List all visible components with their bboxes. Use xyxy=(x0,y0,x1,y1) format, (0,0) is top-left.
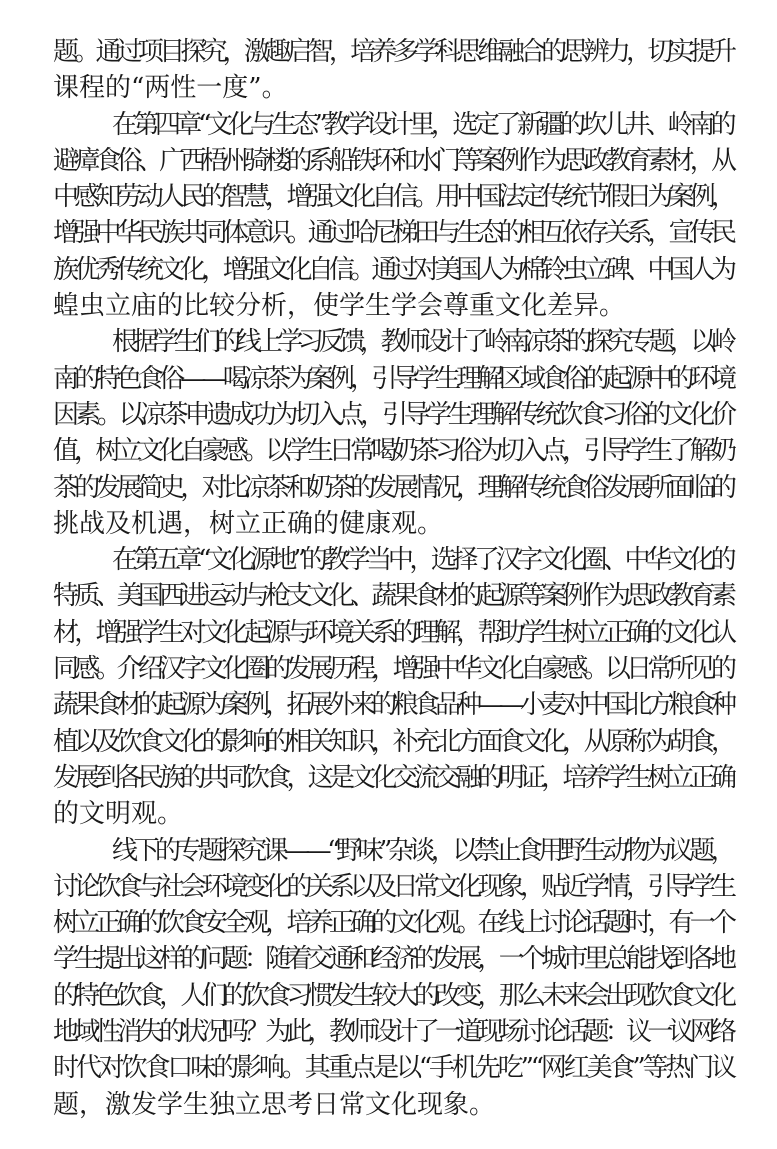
paragraph: 在第五章“文化源地”的教学当中，选择了汉字文化圈、中华文化的 特质、美国西进运动… xyxy=(53,542,739,832)
paragraph: 在第四章“文化与生态”教学设计里，选定了新疆的坎儿井、岭南的 避瘴食俗、广西梧州… xyxy=(53,107,739,325)
text-line: 挑战及机遇，树立正确的健康观。 xyxy=(53,506,739,542)
text-line: 时代对饮食口味的影响。其重点是以“手机先吃”“网红美食”等热门议 xyxy=(53,1050,739,1086)
paragraph: 题。通过项目探究，激趣启智，培养多学科思维融合的思辨力，切实提升 课程的“两性一… xyxy=(53,34,739,107)
text-line: 蔬果食材的起源为案例，拓展外来的粮食品种——小麦对中国北方粮食种 xyxy=(53,687,739,723)
text-line: 学生提出这样的问题：随着交通和经济的发展，一个城市里总能找到各地 xyxy=(53,941,739,977)
text-line: 南的特色食俗——喝凉茶为案例，引导学生理解区域食俗的起源中的环境 xyxy=(53,361,739,397)
text-line: 地域性消失的状况吗？为此，教师设计了一道现场讨论话题：议一议网络 xyxy=(53,1014,739,1050)
text-line: 蝗虫立庙的比较分析，使学生学会尊重文化差异。 xyxy=(53,288,739,324)
text-line: 题，激发学生独立思考日常文化现象。 xyxy=(53,1087,739,1123)
text-line: 同感。介绍汉字文化圈的发展历程，增强中华文化自豪感。以日常所见的 xyxy=(53,651,739,687)
text-line: 发展到各民族的共同饮食，这是文化交流交融的明证，培养学生树立正确 xyxy=(53,760,739,796)
paragraph: 根据学生们的线上学习反馈，教师设计了岭南凉茶的探究专题，以岭 南的特色食俗——喝… xyxy=(53,324,739,542)
text-line: 材，增强学生对文化起源与环境关系的理解，帮助学生树立正确的文化认 xyxy=(53,615,739,651)
text-line: 植以及饮食文化的影响的相关知识，补充北方面食文化，从原称为胡食， xyxy=(53,724,739,760)
text-line: 中感知劳动人民的智慧，增强文化自信。用中国法定传统节假日为案例， xyxy=(53,179,739,215)
text-line: 增强中华民族共同体意识。通过哈尼梯田与生态的相互依存关系，宣传民 xyxy=(53,215,739,251)
text-line: 值，树立文化自豪感。以学生日常喝奶茶习俗为切入点，引导学生了解奶 xyxy=(53,433,739,469)
text-line: 避瘴食俗、广西梧州骑楼的系船铁环和水门等案例作为思政教育素材，从 xyxy=(53,143,739,179)
text-line: 的特色饮食，人们的饮食习惯发生较大的改变，那么未来会出现饮食文化 xyxy=(53,978,739,1014)
text-line: 题。通过项目探究，激趣启智，培养多学科思维融合的思辨力，切实提升 xyxy=(53,34,739,70)
text-line: 茶的发展简史，对比凉茶和奶茶的发展情况，理解传统食俗发展所面临的 xyxy=(53,470,739,506)
text-line: 根据学生们的线上学习反馈，教师设计了岭南凉茶的探究专题，以岭 xyxy=(53,324,739,360)
text-line: 族优秀传统文化，增强文化自信。通过对美国人为棉铃虫立碑、中国人为 xyxy=(53,252,739,288)
text-line: 树立正确的饮食安全观，培养正确的文化观。在线上讨论话题时，有一个 xyxy=(53,905,739,941)
text-line: 特质、美国西进运动与枪支文化、蔬果食材的起源等案例作为思政教育素 xyxy=(53,578,739,614)
text-line: 在第四章“文化与生态”教学设计里，选定了新疆的坎儿井、岭南的 xyxy=(53,107,739,143)
document-page: 题。通过项目探究，激趣启智，培养多学科思维融合的思辨力，切实提升 课程的“两性一… xyxy=(53,34,739,1123)
text-line: 线下的专题探究课——“野味”杂谈，以禁止食用野生动物为议题， xyxy=(53,833,739,869)
text-line: 讨论饮食与社会环境变化的关系以及日常文化现象，贴近学情，引导学生 xyxy=(53,869,739,905)
text-line: 在第五章“文化源地”的教学当中，选择了汉字文化圈、中华文化的 xyxy=(53,542,739,578)
paragraph: 线下的专题探究课——“野味”杂谈，以禁止食用野生动物为议题， 讨论饮食与社会环境… xyxy=(53,833,739,1123)
text-line: 的文明观。 xyxy=(53,796,739,832)
text-line: 因素。以凉茶申遗成功为切入点，引导学生理解传统饮食习俗的文化价 xyxy=(53,397,739,433)
text-line: 课程的“两性一度”。 xyxy=(53,70,739,106)
